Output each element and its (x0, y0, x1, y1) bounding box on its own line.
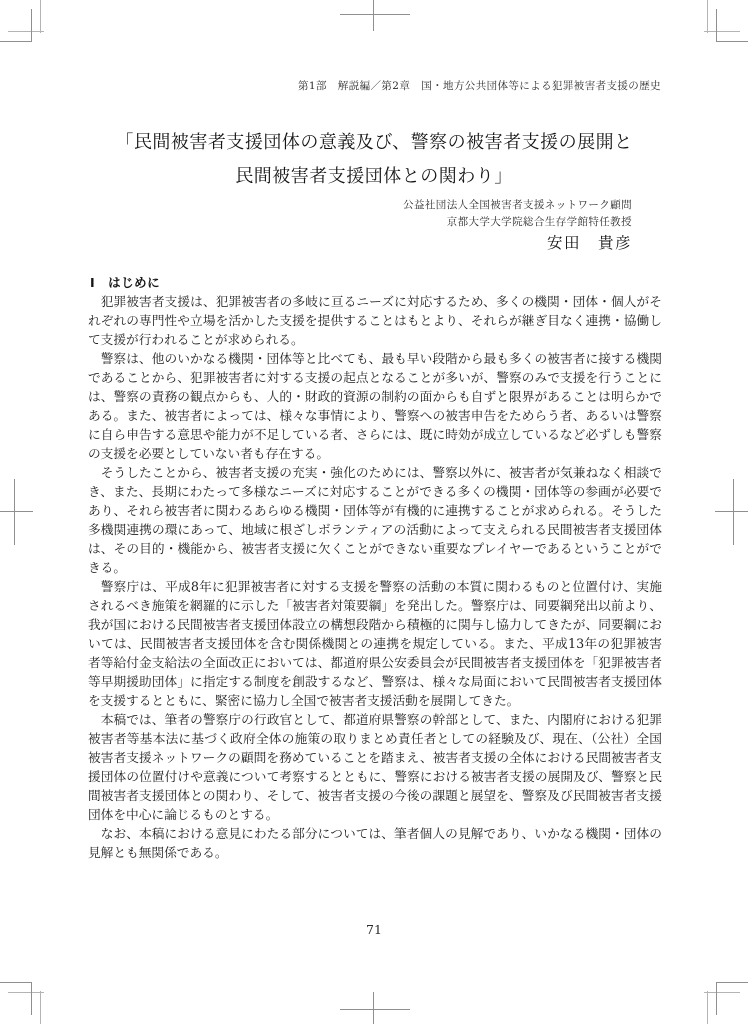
affiliation-line-1: 公益社団法人全国被害者支援ネットワーク顧問 (403, 197, 632, 214)
body-paragraph: 本稿では、筆者の警察庁の行政官として、都道府県警察の幹部として、また、内閣府にお… (88, 710, 662, 824)
page-number: 71 (0, 922, 748, 937)
body-paragraph: そうしたことから、被害者支援の充実・強化のためには、警察以外に、被害者が気兼ねな… (88, 463, 662, 577)
document-page: 第1部 解説編／第2章 国・地方公共団体等による犯罪被害者支援の歴史 「民間被害… (0, 0, 748, 1024)
author-affiliations: 公益社団法人全国被害者支援ネットワーク顧問 京都大学大学院総合生存学館特任教授 (403, 197, 632, 230)
body-paragraph: 犯罪被害者支援は、犯罪被害者の多岐に亘るニーズに対応するため、多くの機関・団体・… (88, 292, 662, 349)
author-name: 安田 貴彦 (547, 231, 632, 253)
body-paragraph: なお、本稿における意見にわたる部分については、筆者個人の見解であり、いかなる機関… (88, 824, 662, 862)
body-text: 犯罪被害者支援は、犯罪被害者の多岐に亘るニーズに対応するため、多くの機関・団体・… (88, 292, 662, 862)
article-title-line2: 民間被害者支援団体との関わり」 (0, 160, 748, 194)
running-header: 第1部 解説編／第2章 国・地方公共団体等による犯罪被害者支援の歴史 (298, 78, 661, 93)
section-heading: Ⅰ はじめに (90, 273, 160, 291)
article-title-line1: 「民間被害者支援団体の意義及び、警察の被害者支援の展開と (0, 126, 748, 160)
body-paragraph: 警察庁は、平成8年に犯罪被害者に対する支援を警察の活動の本質に関わるものと位置付… (88, 577, 662, 710)
affiliation-line-2: 京都大学大学院総合生存学館特任教授 (403, 214, 632, 231)
article-title: 「民間被害者支援団体の意義及び、警察の被害者支援の展開と 民間被害者支援団体との… (0, 126, 748, 194)
body-paragraph: 警察は、他のいかなる機関・団体等と比べても、最も早い段階から最も多くの被害者に接… (88, 349, 662, 463)
